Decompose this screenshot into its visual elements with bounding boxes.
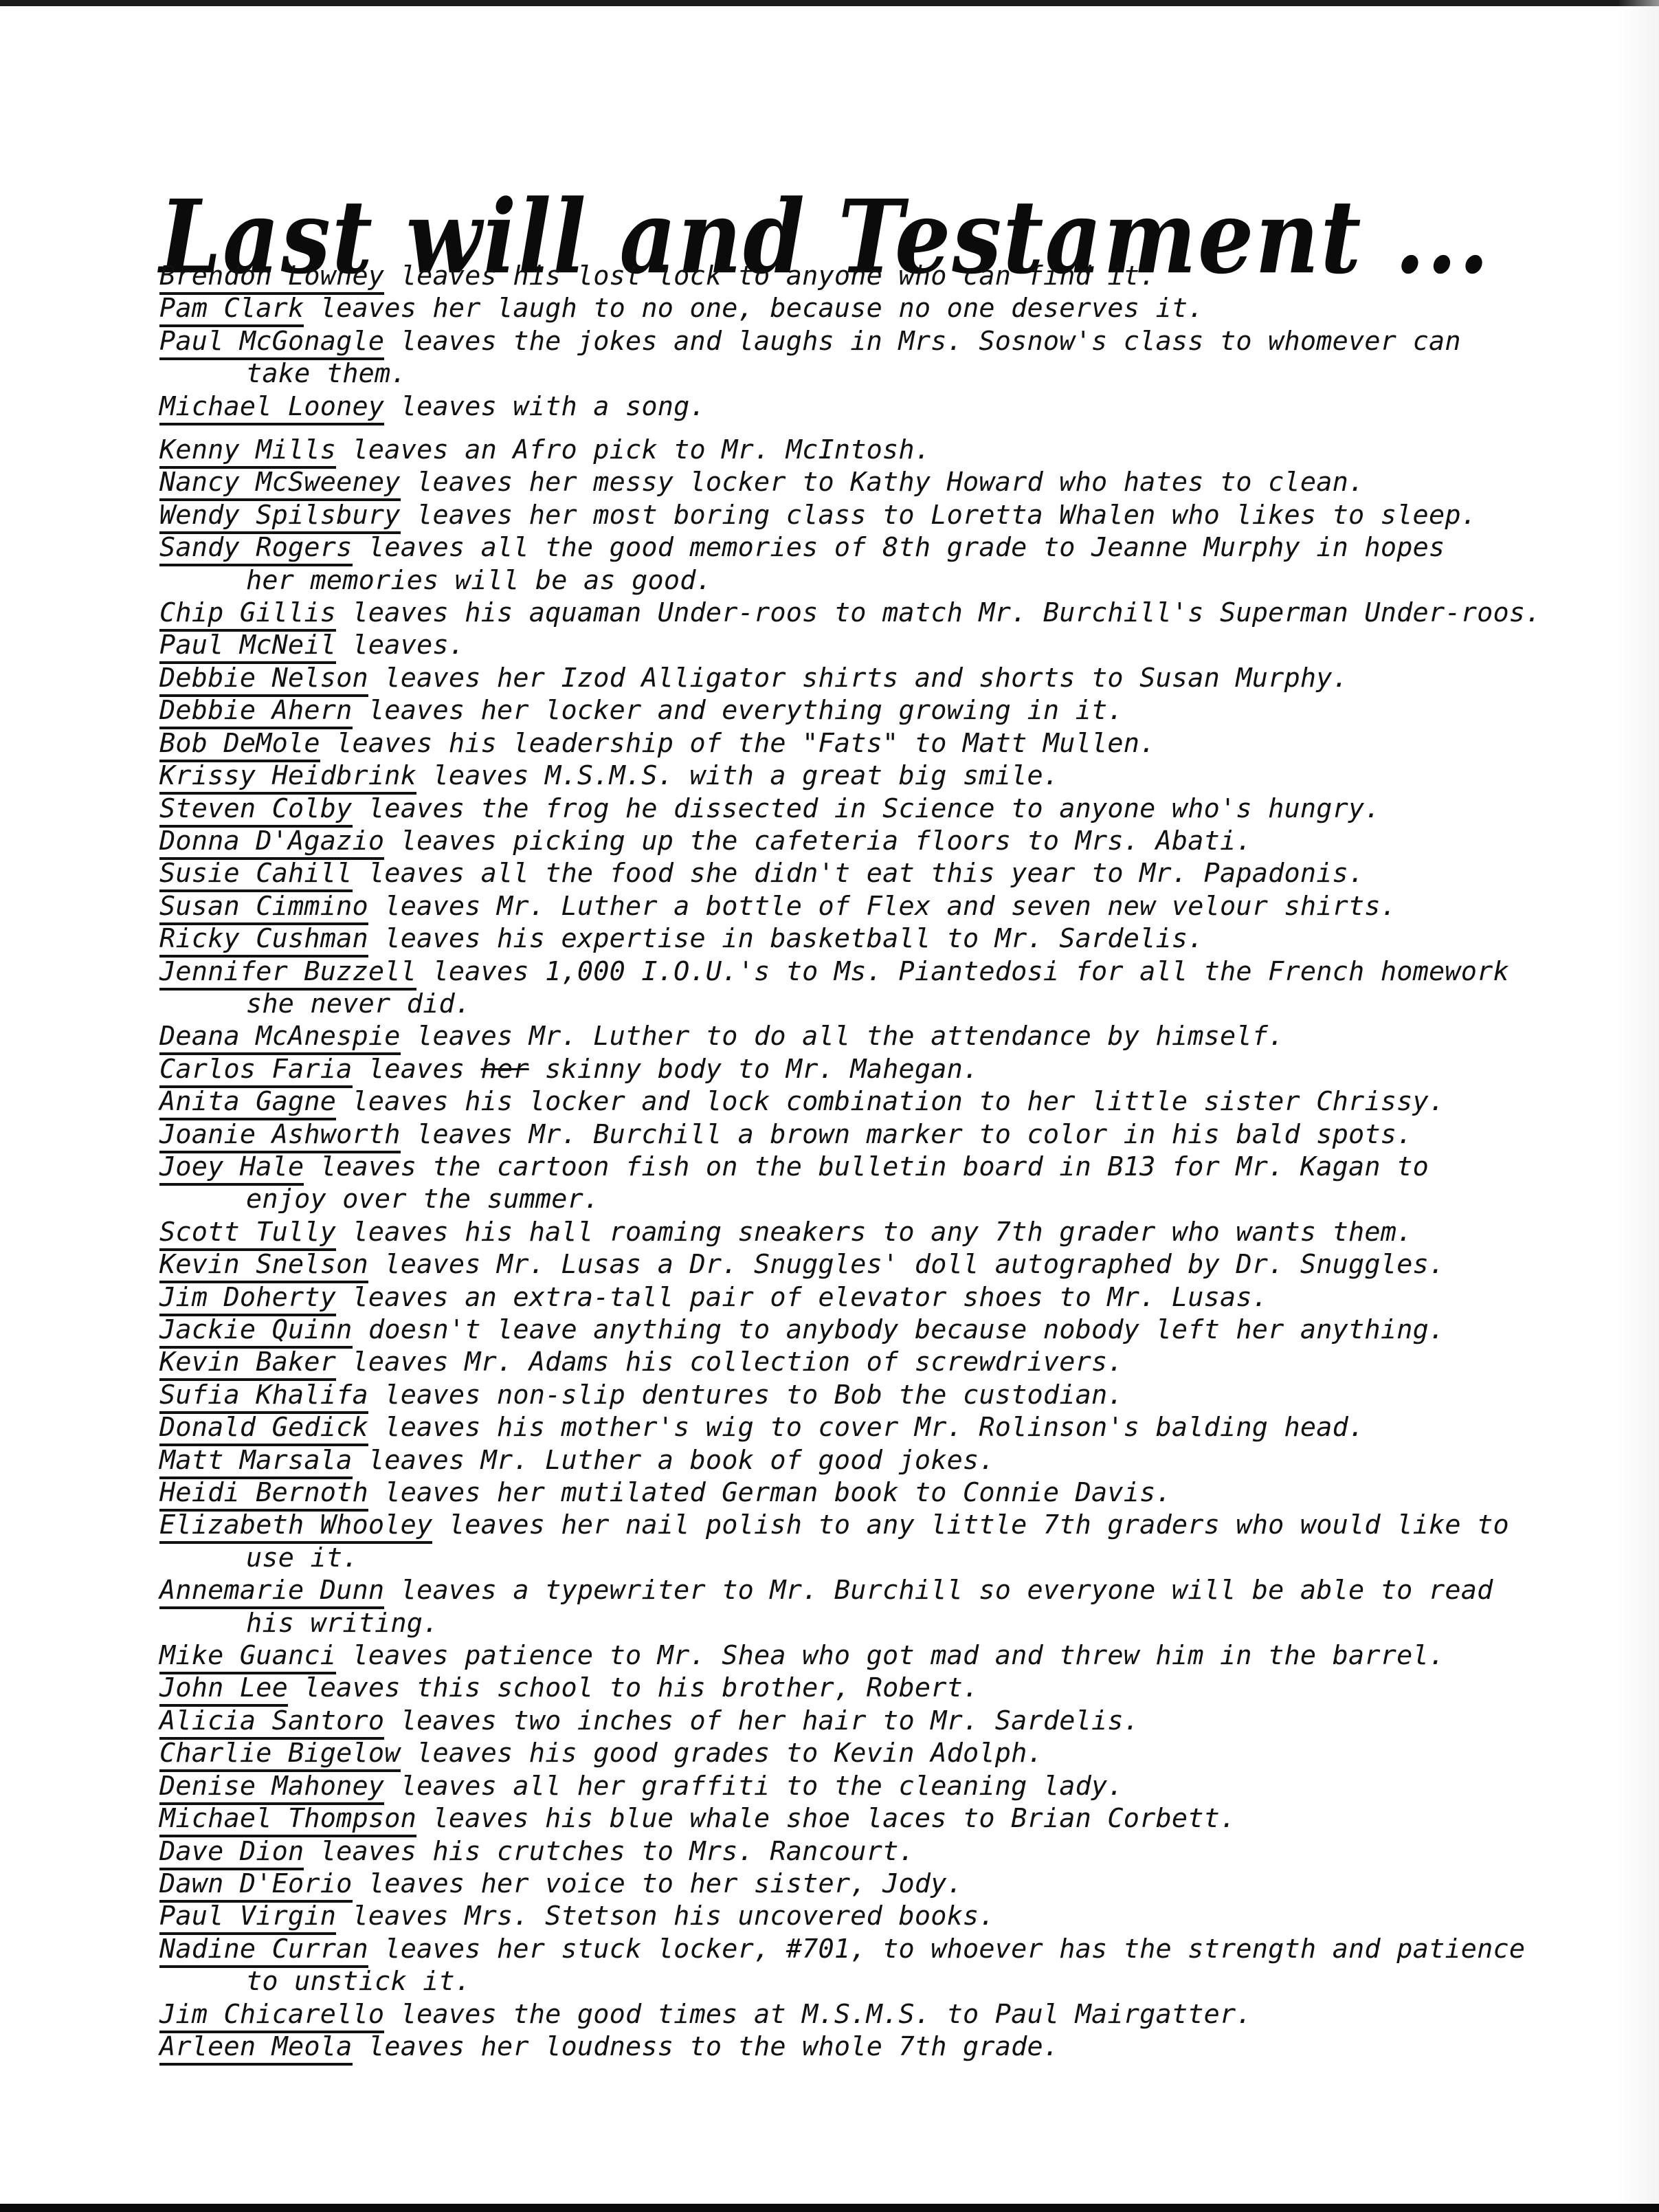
will-entry: Susan Cimmino leaves Mr. Luther a bottle…	[159, 890, 1603, 922]
student-name: Wendy Spilsbury	[159, 500, 401, 534]
entry-line: Denise Mahoney leaves all her graffiti t…	[159, 1770, 1603, 1802]
entry-line: Michael Thompson leaves his blue whale s…	[159, 1802, 1603, 1835]
bequest-text: leaves her voice to her sister, Jody.	[353, 1868, 963, 1899]
entry-continuation-line: to unstick it.	[159, 1965, 1603, 1998]
student-name: Susan Cimmino	[159, 891, 368, 925]
entry-line: Jim Chicarello leaves the good times at …	[159, 1998, 1603, 2031]
bequest-text: leaves the frog he dissected in Science …	[353, 793, 1381, 824]
bequest-text: leaves her loudness to the whole 7th gra…	[353, 2031, 1060, 2062]
bequest-text: leaves her locker and everything growing…	[353, 695, 1124, 726]
will-entry: Sandy Rogers leaves all the good memorie…	[159, 531, 1603, 597]
entry-line: Arleen Meola leaves her loudness to the …	[159, 2031, 1603, 2063]
will-entry: Jim Doherty leaves an extra-tall pair of…	[159, 1281, 1603, 1314]
entry-line: Charlie Bigelow leaves his good grades t…	[159, 1737, 1603, 1769]
entry-line: Jackie Quinn doesn't leave anything to a…	[159, 1314, 1603, 1346]
entry-line: Chip Gillis leaves his aquaman Under-roo…	[159, 597, 1603, 629]
entry-line: Susan Cimmino leaves Mr. Luther a bottle…	[159, 890, 1603, 922]
student-name: Nancy McSweeney	[159, 467, 401, 501]
will-entry: Michael Looney leaves with a song.	[159, 390, 1603, 423]
will-entry: Denise Mahoney leaves all her graffiti t…	[159, 1770, 1603, 1802]
student-name: Kevin Snelson	[159, 1249, 368, 1283]
bequest-text: leaves patience to Mr. Shea who got mad …	[336, 1640, 1445, 1671]
scan-bottom-edge	[0, 2204, 1659, 2212]
will-entry: Ricky Cushman leaves his expertise in ba…	[159, 922, 1603, 955]
student-name: Carlos Faria	[159, 1054, 353, 1088]
bequest-text: leaves Mr. Luther a book of good jokes.	[353, 1445, 995, 1476]
bequest-text: leaves this school to his brother, Rober…	[288, 1672, 979, 1703]
student-name: Susie Cahill	[159, 858, 353, 892]
will-entry: Joey Hale leaves the cartoon fish on the…	[159, 1151, 1603, 1216]
will-entry: Paul McNeil leaves.	[159, 629, 1603, 661]
bequest-text: leaves her Izod Alligator shirts and sho…	[368, 663, 1348, 694]
student-name: Paul Virgin	[159, 1901, 336, 1935]
student-name: Alicia Santoro	[159, 1705, 384, 1740]
will-entry: Paul McGonagle leaves the jokes and laug…	[159, 325, 1603, 390]
bequest-text: doesn't leave anything to anybody becaus…	[353, 1314, 1445, 1345]
will-entry: Bob DeMole leaves his leadership of the …	[159, 727, 1603, 760]
will-entry: Jackie Quinn doesn't leave anything to a…	[159, 1314, 1603, 1346]
will-entry: Wendy Spilsbury leaves her most boring c…	[159, 499, 1603, 531]
bequest-text: leaves two inches of her hair to Mr. Sar…	[384, 1705, 1139, 1736]
bequest-text: leaves Mr. Adams his collection of screw…	[336, 1347, 1124, 1378]
bequest-text: leaves with a song.	[384, 391, 706, 422]
bequest-text: leaves a typewriter to Mr. Burchill so e…	[384, 1575, 1493, 1606]
will-entries-list: Brendon Lowney leaves his lost lock to a…	[159, 260, 1603, 2063]
student-name: Kevin Baker	[159, 1347, 336, 1381]
scan-top-edge	[0, 0, 1659, 6]
entry-line: Mike Guanci leaves patience to Mr. Shea …	[159, 1639, 1603, 1672]
bequest-text: leaves	[353, 1054, 481, 1085]
student-name: Brendon Lowney	[159, 261, 384, 295]
bequest-text: leaves all her graffiti to the cleaning …	[384, 1771, 1123, 1802]
student-name: Annemarie Dunn	[159, 1575, 384, 1609]
will-entry: Chip Gillis leaves his aquaman Under-roo…	[159, 597, 1603, 629]
bequest-text: leaves.	[336, 630, 465, 661]
entry-line: Brendon Lowney leaves his lost lock to a…	[159, 260, 1603, 292]
student-name: John Lee	[159, 1672, 288, 1707]
bequest-text: leaves his expertise in basketball to Mr…	[368, 923, 1204, 954]
will-entry: Michael Thompson leaves his blue whale s…	[159, 1802, 1603, 1835]
entry-line: Jennifer Buzzell leaves 1,000 I.O.U.'s t…	[159, 955, 1603, 988]
bequest-text: leaves an extra-tall pair of elevator sh…	[336, 1282, 1268, 1313]
will-entry: Susie Cahill leaves all the food she did…	[159, 857, 1603, 889]
bequest-text: leaves all the food she didn't eat this …	[353, 858, 1365, 889]
bequest-text: leaves Mr. Burchill a brown marker to co…	[401, 1119, 1413, 1150]
entry-line: Sufia Khalifa leaves non-slip dentures t…	[159, 1379, 1603, 1411]
entry-line: Michael Looney leaves with a song.	[159, 390, 1603, 423]
bequest-text: leaves his blue whale shoe laces to Bria…	[416, 1803, 1236, 1834]
student-name: Mike Guanci	[159, 1640, 336, 1674]
entry-line: Paul Virgin leaves Mrs. Stetson his unco…	[159, 1900, 1603, 1932]
will-entry: Jennifer Buzzell leaves 1,000 I.O.U.'s t…	[159, 955, 1603, 1021]
will-entry: Scott Tully leaves his hall roaming snea…	[159, 1216, 1603, 1248]
bequest-text: leaves Mr. Luther a bottle of Flex and s…	[368, 891, 1396, 922]
student-name: Deana McAnespie	[159, 1021, 401, 1055]
entry-continuation-line: she never did.	[159, 988, 1603, 1020]
will-entry: Annemarie Dunn leaves a typewriter to Mr…	[159, 1574, 1603, 1639]
student-name: Chip Gillis	[159, 597, 336, 632]
will-entry: Carlos Faria leaves her skinny body to M…	[159, 1053, 1603, 1085]
bequest-text: leaves her messy locker to Kathy Howard …	[401, 467, 1365, 498]
will-entry: Pam Clark leaves her laugh to no one, be…	[159, 292, 1603, 324]
bequest-text: leaves her mutilated German book to Conn…	[368, 1477, 1172, 1508]
bequest-text: leaves his crutches to Mrs. Rancourt.	[304, 1836, 914, 1867]
entry-line: Steven Colby leaves the frog he dissecte…	[159, 793, 1603, 825]
bequest-text: leaves M.S.M.S. with a great big smile.	[416, 760, 1059, 791]
will-entry: Mike Guanci leaves patience to Mr. Shea …	[159, 1639, 1603, 1672]
will-entry: Arleen Meola leaves her loudness to the …	[159, 2031, 1603, 2063]
student-name: Charlie Bigelow	[159, 1738, 401, 1772]
will-entry: Nadine Curran leaves her stuck locker, #…	[159, 1933, 1603, 1998]
will-entry: Krissy Heidbrink leaves M.S.M.S. with a …	[159, 760, 1603, 792]
bequest-text: leaves the jokes and laughs in Mrs. Sosn…	[384, 326, 1460, 357]
entry-line: Scott Tully leaves his hall roaming snea…	[159, 1216, 1603, 1248]
bequest-text: leaves Mr. Lusas a Dr. Snuggles' doll au…	[368, 1249, 1445, 1280]
student-name: Krissy Heidbrink	[159, 760, 416, 795]
will-entry: Elizabeth Whooley leaves her nail polish…	[159, 1509, 1603, 1574]
entry-line: Nancy McSweeney leaves her messy locker …	[159, 466, 1603, 498]
entry-line: Paul McGonagle leaves the jokes and laug…	[159, 325, 1603, 357]
entry-line: Sandy Rogers leaves all the good memorie…	[159, 531, 1603, 564]
entry-line: Carlos Faria leaves her skinny body to M…	[159, 1053, 1603, 1085]
entry-continuation-line: take them.	[159, 357, 1603, 390]
will-entry: Alicia Santoro leaves two inches of her …	[159, 1705, 1603, 1737]
entry-line: Donald Gedick leaves his mother's wig to…	[159, 1411, 1603, 1444]
student-name: Jennifer Buzzell	[159, 956, 416, 991]
will-entry: Charlie Bigelow leaves his good grades t…	[159, 1737, 1603, 1769]
bequest-text: leaves his leadership of the "Fats" to M…	[320, 728, 1156, 759]
entry-line: Deana McAnespie leaves Mr. Luther to do …	[159, 1020, 1603, 1052]
student-name: Jackie Quinn	[159, 1314, 353, 1349]
entry-line: Jim Doherty leaves an extra-tall pair of…	[159, 1281, 1603, 1314]
entry-line: Anita Gagne leaves his locker and lock c…	[159, 1085, 1603, 1118]
bequest-text: leaves his aquaman Under-roos to match M…	[336, 597, 1541, 628]
will-entry: Debbie Nelson leaves her Izod Alligator …	[159, 662, 1603, 694]
entry-line: Pam Clark leaves her laugh to no one, be…	[159, 292, 1603, 324]
student-name: Donald Gedick	[159, 1412, 368, 1446]
bequest-text: leaves Mr. Luther to do all the attendan…	[401, 1021, 1284, 1052]
entry-line: Alicia Santoro leaves two inches of her …	[159, 1705, 1603, 1737]
will-entry: Steven Colby leaves the frog he dissecte…	[159, 793, 1603, 825]
student-name: Sandy Rogers	[159, 532, 353, 566]
struck-correction: her	[481, 1054, 529, 1085]
entry-line: Kenny Mills leaves an Afro pick to Mr. M…	[159, 434, 1603, 466]
entry-line: Debbie Ahern leaves her locker and every…	[159, 694, 1603, 727]
student-name: Heidi Bernoth	[159, 1477, 368, 1512]
entry-line: Kevin Baker leaves Mr. Adams his collect…	[159, 1346, 1603, 1378]
will-entry: Kevin Baker leaves Mr. Adams his collect…	[159, 1346, 1603, 1378]
bequest-text: leaves his hall roaming sneakers to any …	[336, 1217, 1412, 1248]
entry-line: Heidi Bernoth leaves her mutilated Germa…	[159, 1476, 1603, 1509]
scan-right-edge-shadow	[1618, 0, 1659, 2212]
entry-line: Wendy Spilsbury leaves her most boring c…	[159, 499, 1603, 531]
entry-line: Ricky Cushman leaves his expertise in ba…	[159, 922, 1603, 955]
bequest-text: leaves non-slip dentures to Bob the cust…	[368, 1380, 1124, 1411]
student-name: Ricky Cushman	[159, 923, 368, 958]
bequest-text: leaves his good grades to Kevin Adolph.	[401, 1738, 1043, 1769]
will-entry: John Lee leaves this school to his broth…	[159, 1672, 1603, 1704]
bequest-text: leaves her most boring class to Loretta …	[401, 500, 1477, 531]
bequest-text: leaves the cartoon fish on the bulletin …	[304, 1151, 1429, 1182]
entry-line: Debbie Nelson leaves her Izod Alligator …	[159, 662, 1603, 694]
entry-line: Krissy Heidbrink leaves M.S.M.S. with a …	[159, 760, 1603, 792]
will-entry: Dave Dion leaves his crutches to Mrs. Ra…	[159, 1835, 1603, 1868]
bequest-text: leaves her laugh to no one, because no o…	[304, 293, 1203, 324]
will-entry: Nancy McSweeney leaves her messy locker …	[159, 466, 1603, 498]
entry-line: Joey Hale leaves the cartoon fish on the…	[159, 1151, 1603, 1183]
will-entry: Donald Gedick leaves his mother's wig to…	[159, 1411, 1603, 1444]
student-name: Jim Chicarello	[159, 1999, 384, 2033]
bequest-text: leaves his lost lock to anyone who can f…	[384, 261, 1155, 291]
will-entry: Paul Virgin leaves Mrs. Stetson his unco…	[159, 1900, 1603, 1932]
entry-line: Bob DeMole leaves his leadership of the …	[159, 727, 1603, 760]
student-name: Elizabeth Whooley	[159, 1509, 432, 1544]
student-name: Debbie Ahern	[159, 695, 353, 729]
student-name: Paul McNeil	[159, 630, 336, 664]
will-entry: Deana McAnespie leaves Mr. Luther to do …	[159, 1020, 1603, 1052]
bequest-text: leaves her nail polish to any little 7th…	[432, 1509, 1508, 1540]
student-name: Joey Hale	[159, 1151, 304, 1186]
student-name: Arleen Meola	[159, 2031, 353, 2066]
student-name: Pam Clark	[159, 293, 304, 327]
entry-line: Kevin Snelson leaves Mr. Lusas a Dr. Snu…	[159, 1248, 1603, 1281]
bequest-text: leaves an Afro pick to Mr. McIntosh.	[336, 434, 931, 465]
student-name: Sufia Khalifa	[159, 1380, 368, 1414]
bequest-text-continued: skinny body to Mr. Mahegan.	[529, 1054, 979, 1085]
will-entry: Donna D'Agazio leaves picking up the caf…	[159, 825, 1603, 857]
entry-continuation-line: use it.	[159, 1542, 1603, 1574]
bequest-text: leaves 1,000 I.O.U.'s to Ms. Piantedosi …	[416, 956, 1509, 987]
student-name: Paul McGonagle	[159, 326, 384, 360]
entry-line: Donna D'Agazio leaves picking up the caf…	[159, 825, 1603, 857]
entry-line: Annemarie Dunn leaves a typewriter to Mr…	[159, 1574, 1603, 1606]
student-name: Jim Doherty	[159, 1282, 336, 1316]
will-entry: Jim Chicarello leaves the good times at …	[159, 1998, 1603, 2031]
student-name: Debbie Nelson	[159, 663, 368, 697]
will-entry: Debbie Ahern leaves her locker and every…	[159, 694, 1603, 727]
student-name: Denise Mahoney	[159, 1771, 384, 1805]
will-entry: Matt Marsala leaves Mr. Luther a book of…	[159, 1444, 1603, 1476]
entry-continuation-line: his writing.	[159, 1607, 1603, 1639]
student-name: Kenny Mills	[159, 434, 336, 469]
entry-line: John Lee leaves this school to his broth…	[159, 1672, 1603, 1704]
will-entry: Heidi Bernoth leaves her mutilated Germa…	[159, 1476, 1603, 1509]
bequest-text: leaves his mother's wig to cover Mr. Rol…	[368, 1412, 1365, 1443]
entry-line: Dave Dion leaves his crutches to Mrs. Ra…	[159, 1835, 1603, 1868]
bequest-text: leaves Mrs. Stetson his uncovered books.	[336, 1901, 995, 1932]
entry-line: Dawn D'Eorio leaves her voice to her sis…	[159, 1868, 1603, 1900]
will-entry: Sufia Khalifa leaves non-slip dentures t…	[159, 1379, 1603, 1411]
student-name: Anita Gagne	[159, 1086, 336, 1120]
entry-line: Susie Cahill leaves all the food she did…	[159, 857, 1603, 889]
bequest-text: leaves picking up the cafeteria floors t…	[384, 826, 1251, 856]
student-name: Dave Dion	[159, 1836, 304, 1870]
student-name: Steven Colby	[159, 793, 353, 828]
entry-line: Joanie Ashworth leaves Mr. Burchill a br…	[159, 1118, 1603, 1151]
bequest-text: leaves her stuck locker, #701, to whoeve…	[368, 1934, 1525, 1965]
entry-line: Elizabeth Whooley leaves her nail polish…	[159, 1509, 1603, 1541]
student-name: Dawn D'Eorio	[159, 1868, 353, 1903]
student-name: Bob DeMole	[159, 728, 320, 762]
will-entry: Kevin Snelson leaves Mr. Lusas a Dr. Snu…	[159, 1248, 1603, 1281]
student-name: Michael Looney	[159, 391, 384, 425]
will-entry: Dawn D'Eorio leaves her voice to her sis…	[159, 1868, 1603, 1900]
student-name: Nadine Curran	[159, 1934, 368, 1968]
student-name: Joanie Ashworth	[159, 1119, 401, 1153]
student-name: Donna D'Agazio	[159, 826, 384, 860]
student-name: Scott Tully	[159, 1217, 336, 1251]
will-entry: Brendon Lowney leaves his lost lock to a…	[159, 260, 1603, 292]
entry-line: Paul McNeil leaves.	[159, 629, 1603, 661]
entry-continuation-line: enjoy over the summer.	[159, 1183, 1603, 1215]
entry-continuation-line: her memories will be as good.	[159, 564, 1603, 597]
bequest-text: leaves his locker and lock combination t…	[336, 1086, 1445, 1117]
student-name: Matt Marsala	[159, 1445, 353, 1479]
bequest-text: leaves all the good memories of 8th grad…	[353, 532, 1445, 563]
student-name: Michael Thompson	[159, 1803, 416, 1837]
entry-line: Matt Marsala leaves Mr. Luther a book of…	[159, 1444, 1603, 1476]
will-entry: Joanie Ashworth leaves Mr. Burchill a br…	[159, 1118, 1603, 1151]
entry-line: Nadine Curran leaves her stuck locker, #…	[159, 1933, 1603, 1965]
will-entry: Kenny Mills leaves an Afro pick to Mr. M…	[159, 434, 1603, 466]
will-entry: Anita Gagne leaves his locker and lock c…	[159, 1085, 1603, 1118]
bequest-text: leaves the good times at M.S.M.S. to Pau…	[384, 1999, 1251, 2030]
